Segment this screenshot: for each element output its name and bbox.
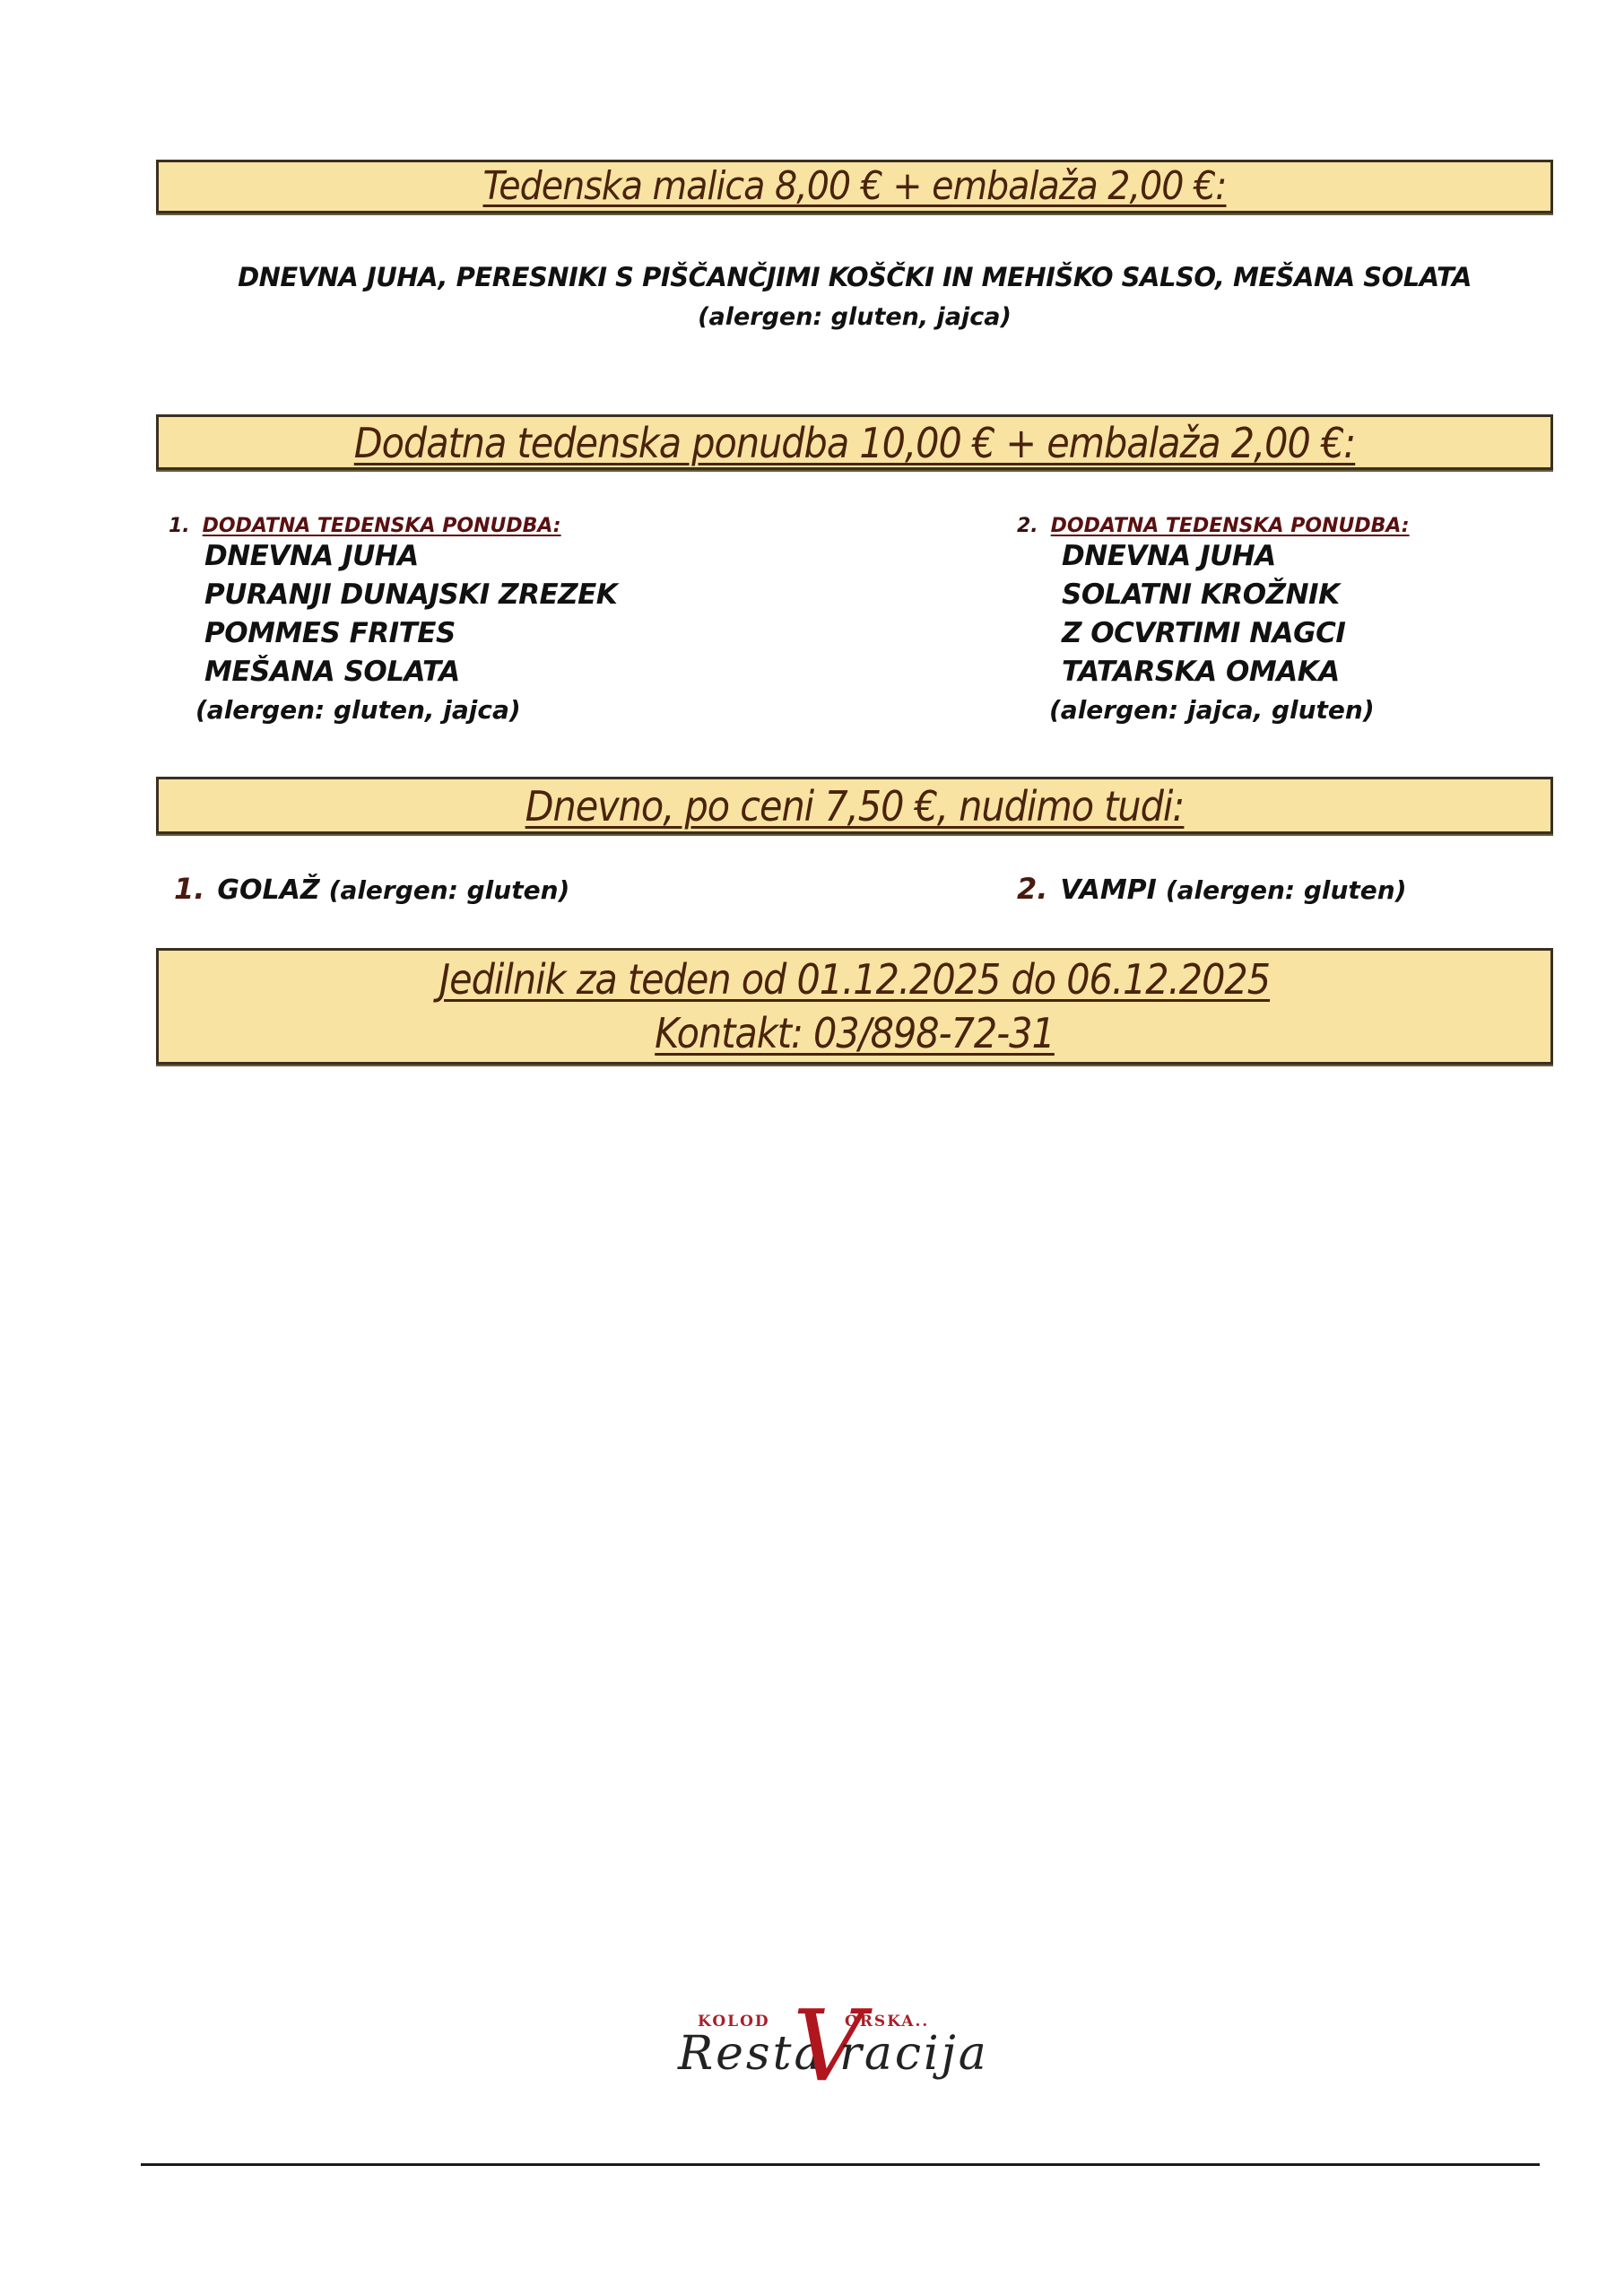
offer-label: DODATNA TEDENSKA PONUDBA: [1051, 515, 1410, 537]
offer-number: 2. [1017, 515, 1038, 537]
offer-allergen: (alergen: jajca, gluten) [1049, 691, 1410, 729]
footer-divider [141, 2163, 1540, 2166]
daily-item-allergen: (alergen: gluten) [1166, 875, 1407, 905]
contact-phone: Kontakt: 03/898-72-31 [655, 1008, 1055, 1058]
daily-item-number: 1. [174, 872, 204, 906]
weekly-lunch-banner: Tedenska malica 8,00 € + embalaža 2,00 €… [156, 160, 1553, 213]
restaurant-logo: KOLOD ORSKA.. Resta V racija [678, 2002, 974, 2092]
weekly-lunch-title: Tedenska malica 8,00 € + embalaža 2,00 €… [482, 162, 1226, 211]
daily-item-1: 1.GOLAŽ(alergen: gluten) [174, 872, 569, 906]
daily-item-2: 2.VAMPI(alergen: gluten) [1017, 872, 1407, 906]
weekly-lunch-allergen: (alergen: gluten, jajca) [156, 303, 1553, 331]
list-item: TATARSKA OMAKA [1062, 653, 1410, 691]
list-item: Z OCVRTIMI NAGCI [1062, 614, 1410, 653]
offer-number: 1. [169, 515, 190, 537]
list-item: POMMES FRITES [204, 614, 617, 653]
list-item: MEŠANA SOLATA [204, 653, 617, 691]
daily-item-name: GOLAŽ [217, 874, 319, 906]
offer-heading: 1.DODATNA TEDENSKA PONUDBA: [169, 515, 617, 537]
daily-offer-title: Dnevno, po ceni 7,50 €, nudimo tudi: [525, 779, 1185, 833]
menu-period: Jedilnik za teden od 01.12.2025 do 06.12… [439, 954, 1270, 1004]
additional-offer-1: 1.DODATNA TEDENSKA PONUDBA: DNEVNA JUHA … [169, 515, 617, 729]
daily-item-number: 2. [1017, 872, 1047, 906]
daily-item-allergen: (alergen: gluten) [329, 875, 570, 905]
additional-offer-title: Dodatna tedenska ponudba 10,00 € + embal… [354, 417, 1355, 469]
list-item: PURANJI DUNAJSKI ZREZEK [204, 576, 617, 614]
additional-offer-2: 2.DODATNA TEDENSKA PONUDBA: DNEVNA JUHA … [1017, 515, 1410, 729]
weekly-lunch-dish: DNEVNA JUHA, PERESNIKI S PIŠČANČJIMI KOŠ… [156, 262, 1553, 292]
offer-heading: 2.DODATNA TEDENSKA PONUDBA: [1017, 515, 1410, 537]
additional-offer-banner: Dodatna tedenska ponudba 10,00 € + embal… [156, 414, 1553, 470]
offer-allergen: (alergen: gluten, jajca) [195, 691, 617, 729]
menu-period-banner: Jedilnik za teden od 01.12.2025 do 06.12… [156, 948, 1553, 1065]
list-item: SOLATNI KROŽNIK [1062, 576, 1410, 614]
list-item: DNEVNA JUHA [204, 537, 617, 576]
offer-label: DODATNA TEDENSKA PONUDBA: [203, 515, 561, 537]
logo-big-right: racija [839, 2027, 989, 2081]
list-item: DNEVNA JUHA [1062, 537, 1410, 576]
daily-offer-banner: Dnevno, po ceni 7,50 €, nudimo tudi: [156, 777, 1553, 834]
daily-item-name: VAMPI [1060, 874, 1156, 906]
